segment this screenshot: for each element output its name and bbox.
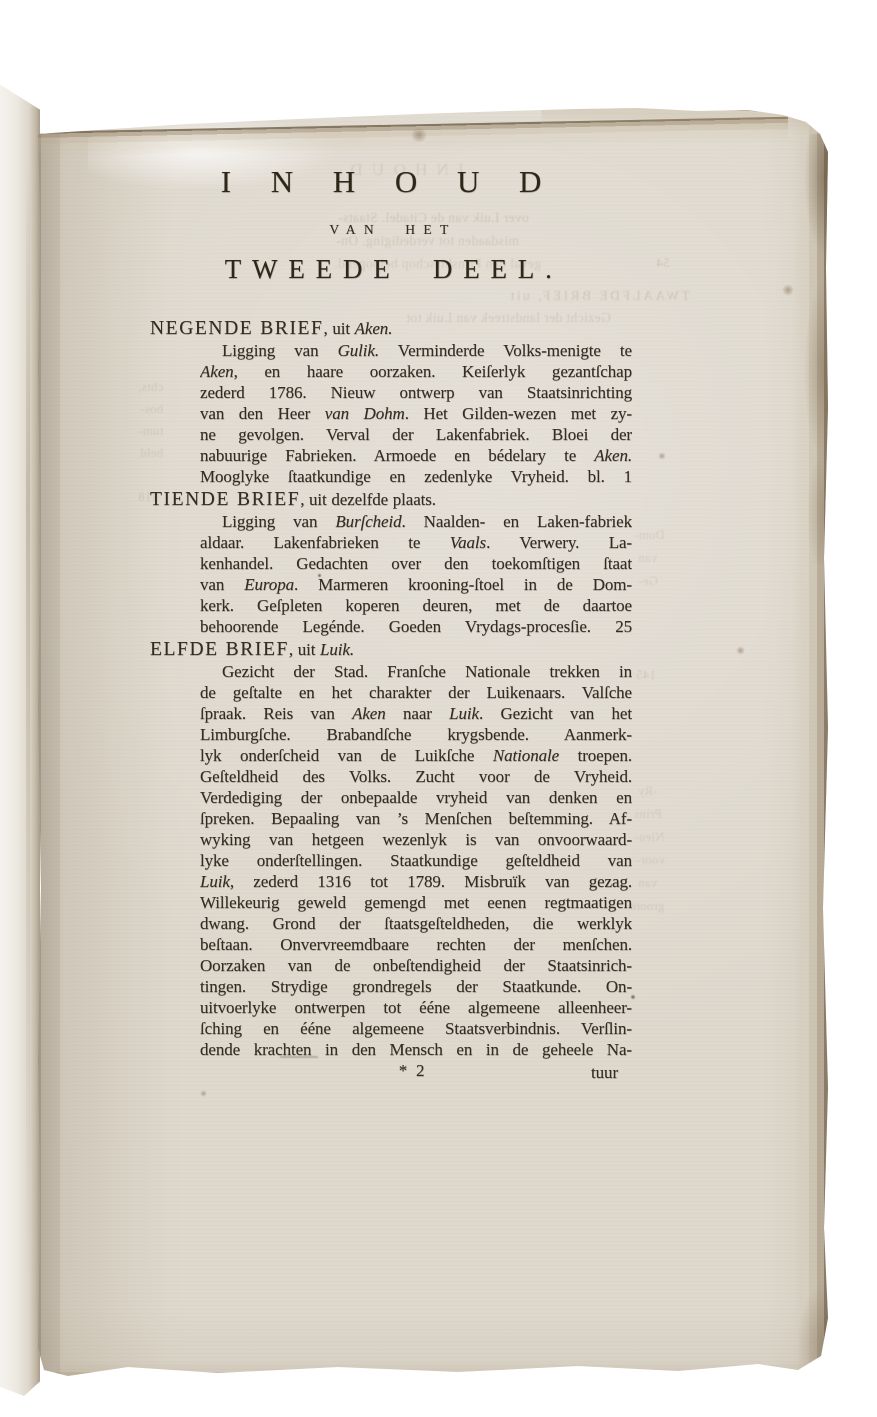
toc-text: Ligging van — [222, 341, 338, 360]
toc-line: Mooglyke ſtaatkundige en zedenlyke Vryhe… — [200, 466, 632, 487]
toc-text: TIENDE BRIEF — [150, 489, 300, 510]
toc-text: Limburgſche. Brabandſche krygsbende. Aan… — [200, 725, 632, 744]
toc-text: behoorende Legénde. Goeden Vrydags-proce… — [200, 617, 632, 636]
signature-mark: * 2 — [399, 1061, 427, 1081]
toc-text: wyking van hetgeen wezenlyk is van onvoo… — [200, 830, 632, 849]
toc-line: Oorzaken van de onbeſtendigheid der Staa… — [200, 955, 632, 976]
show-through-text: Nieu- — [634, 830, 664, 845]
toc-line: ne gevolgen. Verval der Lakenfabriek. Bl… — [200, 424, 632, 445]
toc-line: Ligging van Burſcheid. Naalden- en Laken… — [200, 511, 632, 532]
toc-text: Mooglyke ſtaatkundige en zedenlyke Vryhe… — [200, 467, 632, 486]
catchword: tuur — [591, 1063, 618, 1083]
toc-text: van den Heer — [200, 404, 325, 423]
foxing-spot — [736, 646, 745, 655]
toc-section-heading: TIENDE BRIEF, uit dezelfde plaats. — [150, 489, 632, 511]
toc-text: . Het Gilden-wezen met zy- — [405, 404, 632, 423]
toc-text-italic: Luik — [449, 704, 479, 723]
toc-line: Limburgſche. Brabandſche krygsbende. Aan… — [200, 724, 632, 745]
toc-line: ſpreken. Bepaaling van ’s Menſchen beſte… — [200, 808, 632, 829]
toc-line: tingen. Strydige grondregels der Staatku… — [200, 976, 632, 997]
show-through-text: -Ry — [638, 784, 657, 799]
toc-line: Luik, zederd 1316 tot 1789. Misbruïk van… — [200, 871, 632, 892]
toc-line: kenhandel. Gedachten over den toekomſtig… — [200, 553, 632, 574]
toc-line: wyking van hetgeen wezenlyk is van onvoo… — [200, 829, 632, 850]
toc-line: van den Heer van Dohm. Het Gilden-wezen … — [200, 403, 632, 424]
toc-line: beſtaan. Onvervreemdbaare rechten der me… — [200, 934, 632, 955]
toc-text: . Gezicht van het — [479, 704, 632, 723]
toc-line: de geſtalte en het charakter der Luikena… — [200, 682, 632, 703]
toc-line: dende krachten in den Mensch en in de ge… — [200, 1039, 632, 1060]
page-title: INHOUD — [150, 164, 632, 200]
toc-text-italic: Luik. — [320, 640, 354, 659]
toc-section-heading: ELFDE BRIEF, uit Luik. — [150, 639, 632, 661]
footer-row: * 2tuur — [200, 1061, 632, 1083]
table-of-contents: NEGENDE BRIEF, uit Aken.Ligging van Guli… — [150, 318, 632, 1083]
show-through-text: groote — [630, 899, 664, 914]
toc-line: ſpraak. Reis van Aken naar Luik. Gezicht… — [200, 703, 632, 724]
toc-line: aldaar. Lakenfabrieken te Vaals. Verwery… — [200, 532, 632, 553]
toc-text: . Marmeren krooning-ſtoel in de Dom- — [294, 575, 632, 594]
foxing-spot — [782, 284, 794, 296]
show-through-text: Dom- — [634, 528, 665, 543]
toc-text: Verminderde Volks-menigte te — [379, 341, 632, 360]
page-subtitle: VAN HET — [150, 222, 632, 238]
toc-line: Aken, en haare oorzaken. Keiſerlyk gezan… — [200, 361, 632, 382]
toc-text-italic: Europa — [244, 575, 294, 594]
toc-text: . Naalden- en Laken-fabriek — [402, 512, 632, 531]
toc-text-italic: Aken. — [594, 446, 632, 465]
toc-text: ſpreken. Bepaaling van ’s Menſchen beſte… — [200, 809, 632, 828]
volume-title: TWEEDE DEEL. — [150, 254, 632, 285]
toc-text: dwang. Grond der ſtaatsgeſteldheden, die… — [200, 914, 632, 933]
toc-text: van — [200, 575, 244, 594]
book-page: I N H O U Dover Luik van de Citadel. Sta… — [38, 108, 828, 1378]
toc-line: lyk onderſcheid van de Luikſche National… — [200, 745, 632, 766]
foxing-spot — [658, 452, 666, 460]
toc-text: naar — [386, 704, 450, 723]
toc-text: ſpraak. Reis van — [200, 704, 352, 723]
toc-text: tingen. Strydige grondregels der Staatku… — [200, 977, 632, 996]
toc-text-italic: van Dohm — [325, 404, 405, 423]
show-through-text: Ge- — [638, 574, 658, 589]
show-through-text: Prins — [634, 807, 662, 822]
toc-text-italic: Nationale — [493, 746, 559, 765]
toc-text: Gezicht der Stad. Franſche Nationale tre… — [222, 662, 632, 681]
show-through-text: van — [638, 551, 657, 566]
toc-text: . Verwery. La- — [486, 533, 632, 552]
toc-text-italic: Gulik. — [338, 341, 379, 360]
toc-text: nabuurige Fabrieken. Armoede en bédelary… — [200, 446, 594, 465]
toc-line: lyke onderſtellingen. Staatkundige geſte… — [200, 850, 632, 871]
toc-line: behoorende Legénde. Goeden Vrydags-proce… — [200, 616, 632, 637]
toc-text: kerk. Geſpleten koperen deuren, met de d… — [200, 596, 632, 615]
toc-text: , zederd 1316 tot 1789. Misbruïk van gez… — [230, 872, 632, 891]
toc-text: dende krachten in den Mensch en in de ge… — [200, 1040, 632, 1059]
toc-text: NEGENDE BRIEF — [150, 318, 324, 339]
toc-line: dwang. Grond der ſtaatsgeſteldheden, die… — [200, 913, 632, 934]
show-through-text: van — [638, 876, 657, 891]
toc-section: NEGENDE BRIEF, uit Aken.Ligging van Guli… — [150, 318, 632, 487]
toc-text: ne gevolgen. Verval der Lakenfabriek. Bl… — [200, 425, 632, 444]
toc-text: ELFDE BRIEF — [150, 639, 289, 660]
toc-text: de geſtalte en het charakter der Luikena… — [200, 683, 632, 702]
toc-text: kenhandel. Gedachten over den toekomſtig… — [200, 554, 632, 573]
text-column: INHOUD VAN HET TWEEDE DEEL. NEGENDE BRIE… — [150, 108, 632, 1378]
page-corner-browning-top — [778, 134, 830, 564]
toc-text: lyke onderſtellingen. Staatkundige geſte… — [200, 851, 632, 870]
toc-line: Willekeurig geweld gemengd met eenen reg… — [200, 892, 632, 913]
toc-line: nabuurige Fabrieken. Armoede en bédelary… — [200, 445, 632, 466]
toc-text: aldaar. Lakenfabrieken te — [200, 533, 450, 552]
toc-line: Gezicht der Stad. Franſche Nationale tre… — [200, 661, 632, 682]
toc-text: uitvoerlyke ontwerpen tot ééne algemeene… — [200, 998, 632, 1017]
toc-text-italic: Burſcheid — [335, 512, 401, 531]
toc-text: , uit — [324, 319, 355, 338]
toc-section: ELFDE BRIEF, uit Luik.Gezicht der Stad. … — [150, 639, 632, 1060]
toc-text: , uit — [289, 640, 320, 659]
toc-text-italic: Vaals — [450, 533, 486, 552]
toc-text-italic: Aken. — [355, 319, 393, 338]
toc-line: zederd 1786. Nieuw ontwerp van Staatsinr… — [200, 382, 632, 403]
toc-section: TIENDE BRIEF, uit dezelfde plaats.Liggin… — [150, 489, 632, 637]
toc-text: zederd 1786. Nieuw ontwerp van Staatsinr… — [200, 383, 632, 402]
toc-text: Oorzaken van de onbeſtendigheid der Staa… — [200, 956, 632, 975]
toc-text: Willekeurig geweld gemengd met eenen reg… — [200, 893, 632, 912]
toc-text: , uit dezelfde plaats. — [300, 490, 436, 509]
toc-text-italic: Aken — [200, 362, 234, 381]
page-edge-streak — [26, 157, 30, 1317]
toc-text: Ligging van — [222, 512, 335, 531]
toc-line: Geſteldheid des Volks. Zucht voor de Vry… — [200, 766, 632, 787]
book-photograph: I N H O U Dover Luik van de Citadel. Sta… — [0, 0, 877, 1417]
show-through-text: voor- — [636, 853, 665, 868]
toc-text: , en haare oorzaken. Keiſerlyk gezantſch… — [234, 362, 632, 381]
toc-line: van Europa. Marmeren krooning-ſtoel in d… — [200, 574, 632, 595]
toc-line: ſching en ééne algemeene Staatsverbindni… — [200, 1018, 632, 1039]
book-block-page-edges — [0, 78, 40, 1396]
gutter-shadow — [38, 108, 168, 1378]
toc-section-heading: NEGENDE BRIEF, uit Aken. — [150, 318, 632, 340]
toc-text-italic: Luik — [200, 872, 230, 891]
toc-text: beſtaan. Onvervreemdbaare rechten der me… — [200, 935, 632, 954]
toc-line: Verdediging der onbepaalde vryheid van d… — [200, 787, 632, 808]
toc-text: troepen. — [559, 746, 632, 765]
show-through-text: 54 — [656, 256, 669, 271]
page-corner-browning-bottom — [770, 1218, 830, 1378]
toc-line: uitvoerlyke ontwerpen tot ééne algemeene… — [200, 997, 632, 1018]
toc-line: kerk. Geſpleten koperen deuren, met de d… — [200, 595, 632, 616]
toc-text: lyk onderſcheid van de Luikſche — [200, 746, 493, 765]
toc-line: Ligging van Gulik. Verminderde Volks-men… — [200, 340, 632, 361]
toc-text: ſching en ééne algemeene Staatsverbindni… — [200, 1019, 632, 1038]
toc-text: Geſteldheid des Volks. Zucht voor de Vry… — [200, 767, 632, 786]
toc-text: Verdediging der onbepaalde vryheid van d… — [200, 788, 632, 807]
show-through-text: 145 — [636, 668, 656, 683]
toc-text-italic: Aken — [352, 704, 386, 723]
